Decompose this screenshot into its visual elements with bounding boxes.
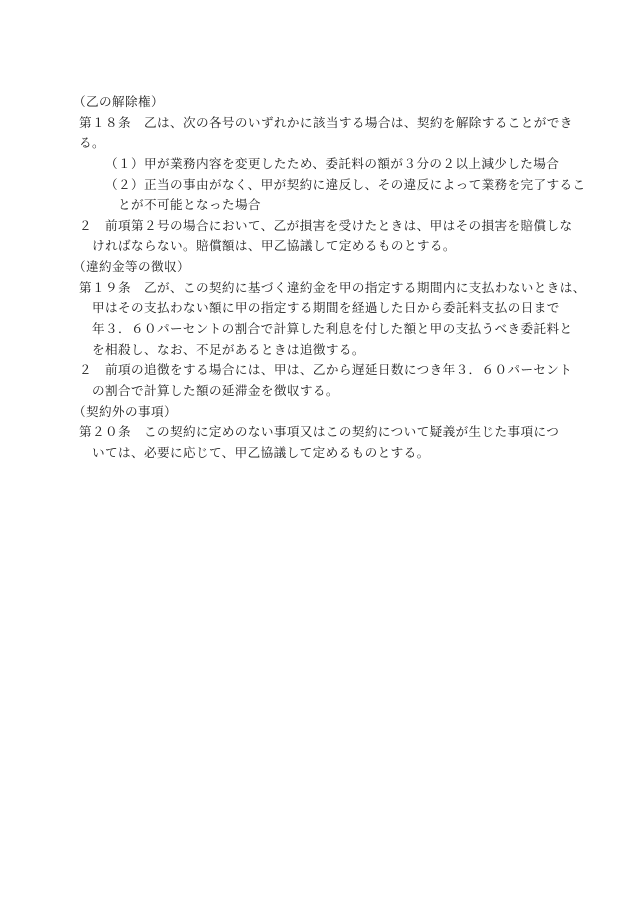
article-19-text-cont-3: を相殺し、なお、不足があるときは追徴する。 <box>79 340 559 361</box>
article-18-para-2: ２ 前項第２号の場合において、乙が損害を受けたときは、甲はその損害を賠償しな <box>79 216 559 237</box>
article-19-text-cont-2: 年３．６０パーセントの割合で計算した利息を付した額と甲の支払うべき委託料と <box>79 319 559 340</box>
article-19-para-2: ２ 前項の追徴をする場合には、甲は、乙から遅延日数につき年３．６０パーセント <box>79 360 559 381</box>
article-20-text: 第２０条 この契約に定めのない事項又はこの契約について疑義が生じた事項につ <box>79 422 559 443</box>
article-19-text: 第１９条 乙が、この契約に基づく違約金を甲の指定する期間内に支払わないときは、 <box>79 278 559 299</box>
article-18-text-cont: る。 <box>79 133 559 154</box>
article-18-para-2-cont: ければならない。賠償額は、甲乙協議して定めるものとする。 <box>79 236 559 257</box>
article-19-para-2-cont: の割合で計算した額の延滞金を徴収する。 <box>79 381 559 402</box>
section-heading-18: （乙の解除権） <box>73 92 559 113</box>
article-18-item-1: （１）甲が業務内容を変更したため、委託料の額が３分の２以上減少した場合 <box>79 154 559 175</box>
section-heading-20: （契約外の事項） <box>73 402 559 423</box>
article-19-text-cont-1: 甲はその支払わない額に甲の指定する期間を経過した日から委託料支払の日まで <box>79 298 559 319</box>
article-18-text: 第１８条 乙は、次の各号のいずれかに該当する場合は、契約を解除することができ <box>79 113 559 134</box>
article-18-item-2: （２）正当の事由がなく、甲が契約に違反し、その違反によって業務を完了するこ <box>79 175 559 196</box>
article-20-text-cont: いては、必要に応じて、甲乙協議して定めるものとする。 <box>79 443 559 464</box>
document-page: （乙の解除権） 第１８条 乙は、次の各号のいずれかに該当する場合は、契約を解除す… <box>79 92 559 464</box>
article-18-item-2-cont: とが不可能となった場合 <box>79 195 559 216</box>
section-heading-19: （違約金等の徴収） <box>73 257 559 278</box>
